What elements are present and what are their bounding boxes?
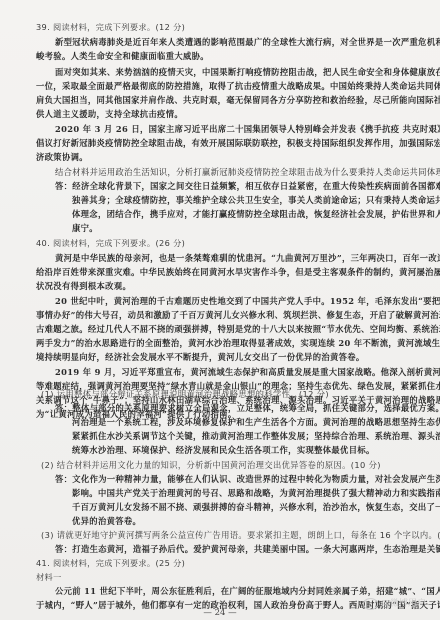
q40-material-line: 黄河是中华民族的母亲河，也是一条桀骜难驯的忧患河。“九曲黄河万里沙”，三年两决口… — [55, 253, 440, 264]
q40-sub2-answer-line: 影响。中国共产党关于治理黄河的号召、思路和战略，为黄河治理提供了强大精神动力和实… — [72, 488, 440, 499]
q40-material-line: 古难题之旅。经过几代人不屈不挠的顽强拼搏，特别是党的十八大以来按照“节水优先、空… — [36, 324, 440, 335]
exam-page: 39. 阅读材料，完成下列要求。(12 分) 新型冠状病毒肺炎是近百年来人类遭遇… — [0, 0, 440, 620]
question-40-header: 40. 阅读材料，完成下列要求。(26 分) — [36, 238, 185, 249]
q40-sub2-answer-line: 答：文化作为一种精神力量，能够在人们认识、改造世界的过程中转化为物质力量，对社会… — [55, 474, 440, 485]
q39-material-line: 面对突如其来、来势汹汹的疫情天灾，中国果断打响疫情防控阻击战，把人民生命安全和身… — [55, 67, 440, 78]
q39-answer-line: 体理念，团结合作，携手应对，才能打赢疫情防控全球阻击战，恢复经济社会发展，护佑世… — [72, 209, 440, 220]
q40-material-line: 事情办好”的伟大号召，动员和激励了千百万黄河儿女兴修水利、筑坝拦洪、修复生态，开… — [36, 310, 440, 321]
q40-sub1-answer-line: 紧紧抓住水沙关系调节这个关键，推动黄河治理工作整体发展；坚持综合治理、系统治理、… — [72, 431, 440, 442]
q39-material-line: 肩负大国担当，同其他国家并肩作战、共克时艰，毫无保留同各方分享防控和救治经验，尽… — [36, 95, 440, 106]
question-41-header: 41. 阅读材料，完成下列要求。(25 分) — [36, 558, 185, 569]
q40-sub1-answer-line: 河治理是一个系统工程，涉及环境修复保护和生产生活各个方面。黄河治理的战略思想坚持… — [72, 417, 440, 428]
q39-question: 结合材料并运用政治生活知识，分析打赢新冠肺炎疫情防控全球阻击战为什么要秉持人类命… — [55, 167, 440, 178]
q40-sub2-answer-line: 千百万黄河儿女发扬不屈不挠、顽强拼搏的奋斗精神，兴修水利，治沙治水，恢复生态，交… — [72, 502, 440, 513]
weibo-logo-icon — [363, 598, 378, 610]
watermark-text: @微博用户 — [381, 599, 426, 609]
q41-material-label: 材料一 — [36, 572, 62, 583]
q39-answer-line: 答：经济全球化背景下，国家之间交往日益频繁，相互依存日益紧密，在重大传染性疾病面… — [55, 181, 440, 192]
q40-material-line: 2019 年 9 月，习近平郑重宣布，黄河流域生态保护和高质量发展是重大国家战略… — [55, 367, 440, 378]
question-39-header: 39. 阅读材料，完成下列要求。(12 分) — [36, 22, 185, 33]
q39-material-line: 一位，采取最全面最严格最彻底的防控措施，取得了抗击疫情重大战略成果。中国始终秉持… — [36, 81, 440, 92]
q40-sub2-question: (2) 结合材料并运用文化力量的知识，分析新中国黄河治理交出优异答卷的原因。(1… — [41, 460, 381, 471]
q40-material-line: 给沿岸百姓带来深重灾难。中华民族始终在同黄河水旱灾害作斗争，但是受主客观条件的制… — [36, 267, 440, 278]
watermark: @微博用户 — [363, 596, 426, 610]
q40-sub3-answer-line: 答：打造生态黄河，造福子孙后代。爱护黄河母亲，共建美丽中国。一条大河惠两岸，生态… — [55, 544, 440, 555]
q39-material-line: 济政策协调。 — [36, 152, 88, 163]
q40-sub1-answer-line: 答：整体与部分的关系原理要求树立全局观念，立足整体，统筹全局，抓住关键部分，选择… — [55, 403, 440, 414]
q39-material-line: 倡议打好新冠肺炎疫情防控全球阻击战，有效开展国际联防联控，积极支持国际组织发挥作… — [36, 138, 440, 149]
q40-sub3-question: (3) 请就更好地守护黄河撰写两条公益宣传广告用语。要求紧扣主题，朗朗上口，每条… — [41, 530, 440, 541]
q40-material-line: 20 世纪中叶，黄河治理的千古难题历史性地交到了中国共产党人手中。1952 年，… — [55, 296, 440, 307]
q39-material-line: 峻考验。人类生命安全和健康面临重大威胁。 — [36, 51, 209, 62]
q40-material-line: 境持续明显向好，经济社会发展水平不断提升，黄河儿女交出了一份优异的治黄答卷。 — [36, 352, 365, 363]
q40-sub2-answer-line: 优异的治黄答卷。 — [72, 516, 141, 527]
q39-material-line: 2020 年 3 月 26 日，国家主席习近平出席二十国集团领导人特别峰会并发表… — [55, 124, 440, 135]
q39-material-line: 新型冠状病毒肺炎是近百年来人类遭遇的影响范围最广的全球性大流行病，对全世界是一次… — [55, 37, 440, 48]
q39-answer-line: 独善其身；全球疫情防控，事关维护全球公共卫生安全，事关人类前途命运；只有秉持人类… — [72, 195, 440, 206]
q40-sub1-question: (1) 运用整体与部分辩证关系原理说明黄河治理战略思想的科学性。(12 分) — [41, 389, 329, 400]
q39-material-line: 供人道主义援助，支持全球抗击疫情。 — [36, 109, 183, 120]
page-number: — 24 — — [0, 608, 440, 618]
q40-sub1-answer-line: 统筹水沙治理、环境保护、经济发展和民众生活各项工作，实现整体最优目标。 — [72, 445, 375, 456]
q40-material-line: 状况没有得到根本改观。 — [36, 281, 131, 292]
q39-answer-line: 康宁。 — [72, 223, 98, 234]
q40-material-line: 两手发力”的治水思路进行的全面整治，黄河水沙治理取得显著成效，实现连续 20 年… — [36, 338, 440, 349]
